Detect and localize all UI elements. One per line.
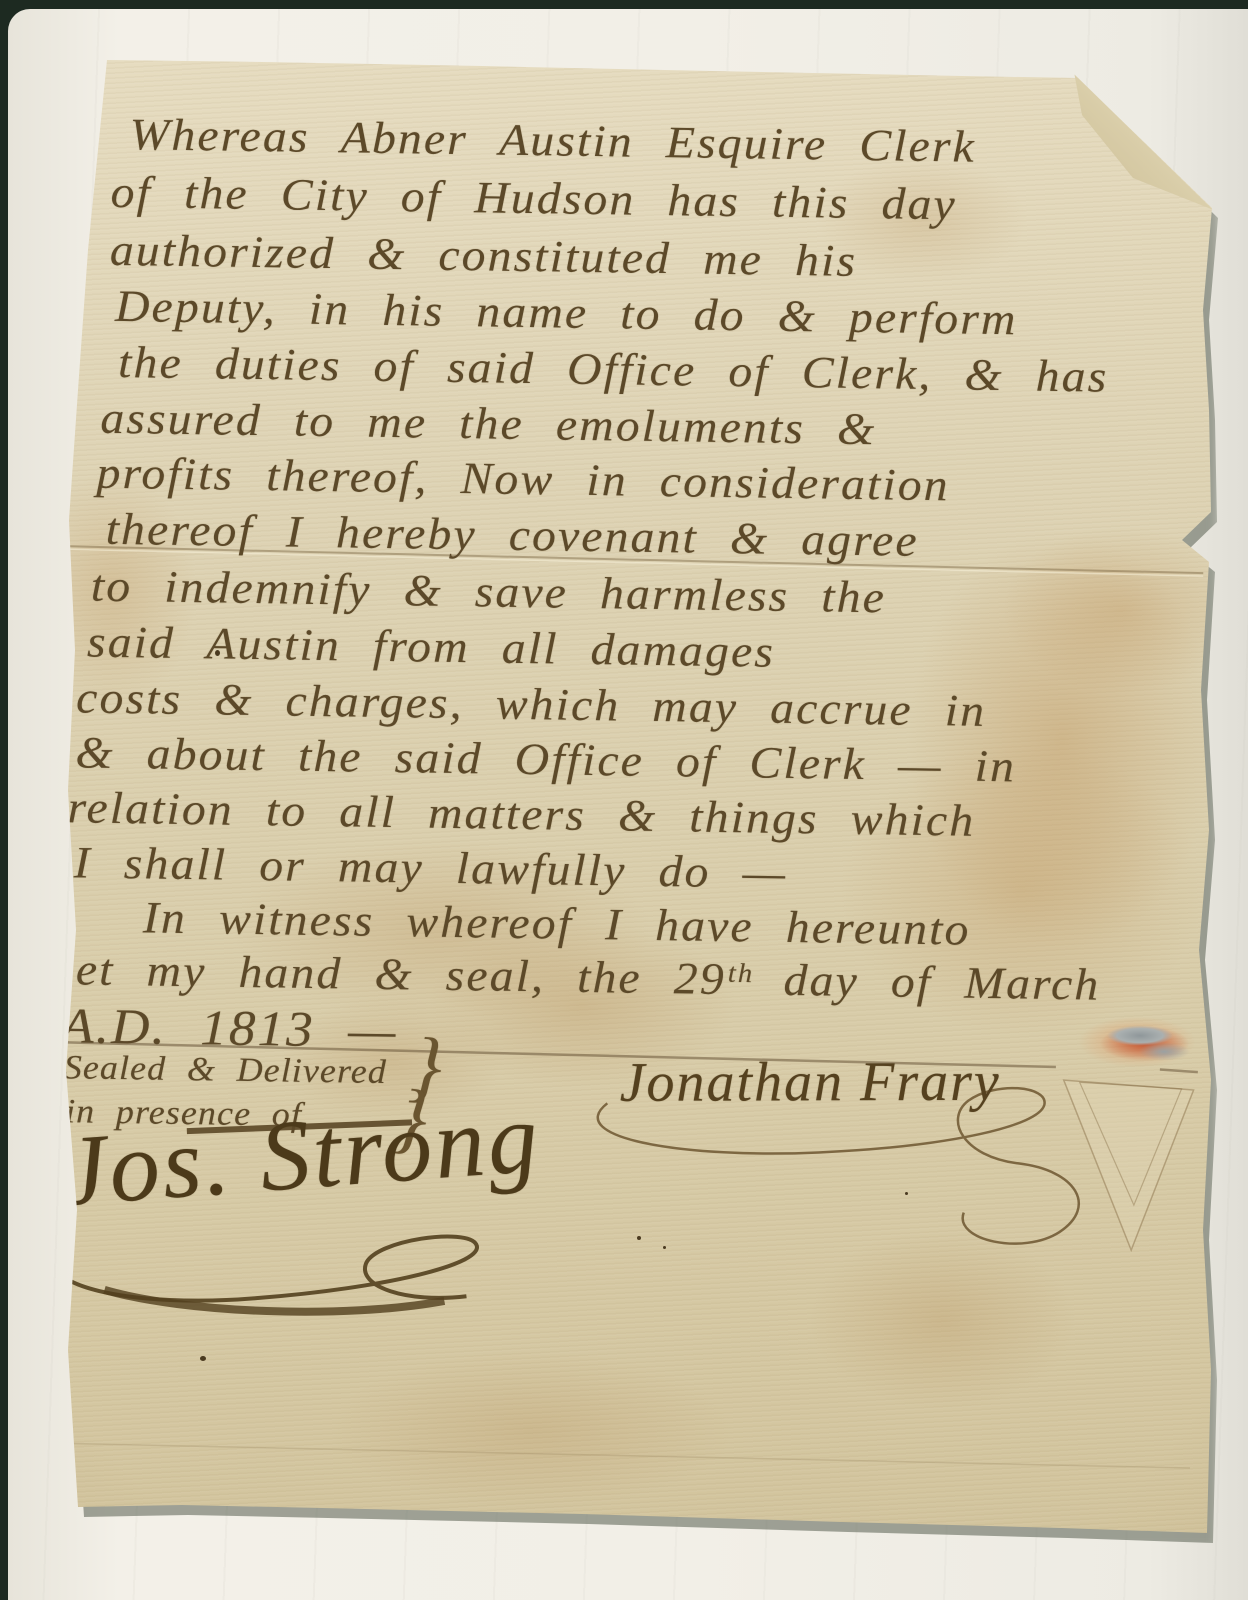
- aged-paper: Whereas Abner Austin Esquire Clerk of th…: [62, 50, 1214, 1542]
- manuscript-line: to indemnify & save harmless the: [91, 564, 887, 621]
- manuscript-line: authorized & constituted me his: [110, 228, 858, 284]
- manuscript-line: thereof I hereby covenant & agree: [105, 507, 919, 564]
- fold-crease-lower-right: [1160, 1070, 1198, 1073]
- attestation-line: Sealed & Delivered: [64, 1051, 388, 1090]
- scanned-manuscript-photo: Whereas Abner Austin Esquire Clerk of th…: [0, 0, 1248, 1600]
- manuscript-line: In witness whereof I have hereunto: [143, 895, 971, 952]
- handwriting-layer: Whereas Abner Austin Esquire Clerk of th…: [41, 49, 1215, 1558]
- manuscript-line: said Austin from all damages: [87, 620, 776, 675]
- manuscript-paper-area: Whereas Abner Austin Esquire Clerk of th…: [62, 50, 1214, 1542]
- manuscript-line: A.D. 1813 —: [61, 1000, 398, 1055]
- signature-principal: Jonathan Frary: [620, 1054, 1001, 1111]
- fold-crease-bottom-faint: [52, 1443, 1190, 1468]
- manuscript-line: I shall or may lawfully do —: [73, 840, 787, 896]
- manuscript-line: assured to me the emoluments &: [100, 396, 877, 453]
- fold-impression-outer: [1061, 1080, 1193, 1251]
